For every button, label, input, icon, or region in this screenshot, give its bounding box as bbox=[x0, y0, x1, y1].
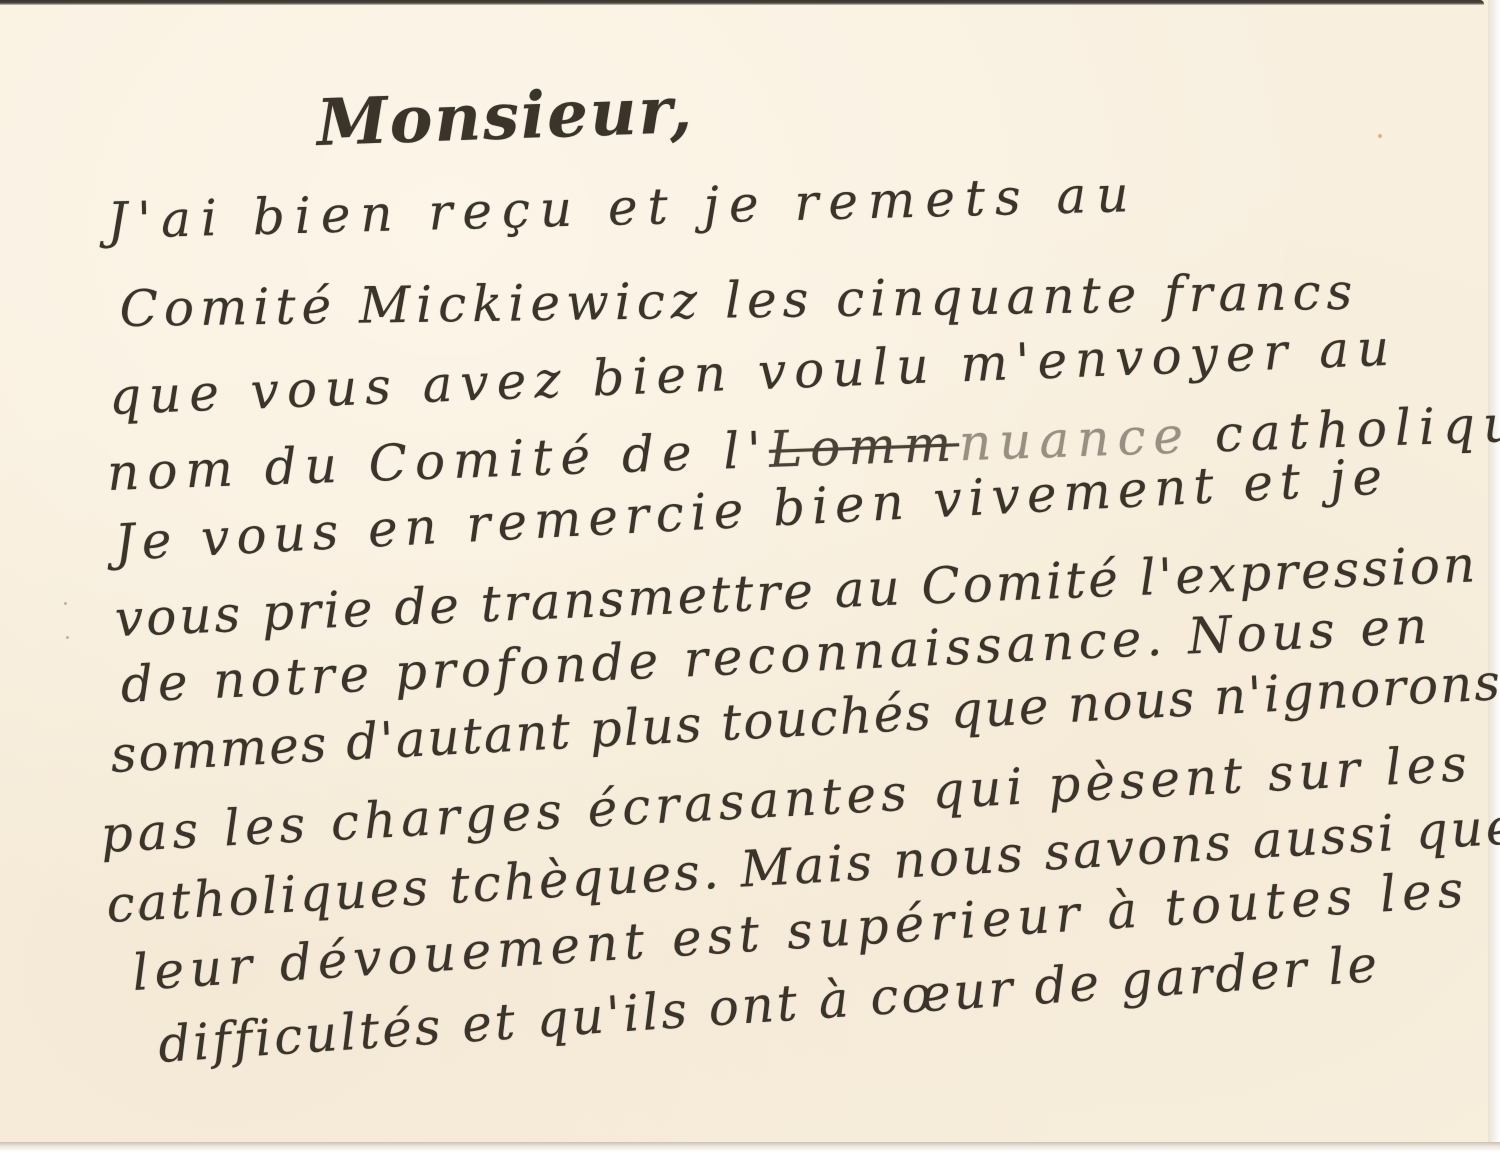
letter-line-2: Comité Mickiewicz les cinquante francs bbox=[119, 267, 1358, 334]
salutation: Monsieur, bbox=[316, 79, 695, 156]
letter-line-1: J'ai bien reçu et je remets au bbox=[107, 169, 1139, 246]
letter-body: Monsieur, J'ai bien reçu et je remets au… bbox=[0, 0, 1488, 1142]
scan-right-margin bbox=[1488, 0, 1500, 1152]
struck-out-word: Lomm bbox=[768, 414, 960, 479]
scan-bottom-margin bbox=[0, 1142, 1500, 1152]
